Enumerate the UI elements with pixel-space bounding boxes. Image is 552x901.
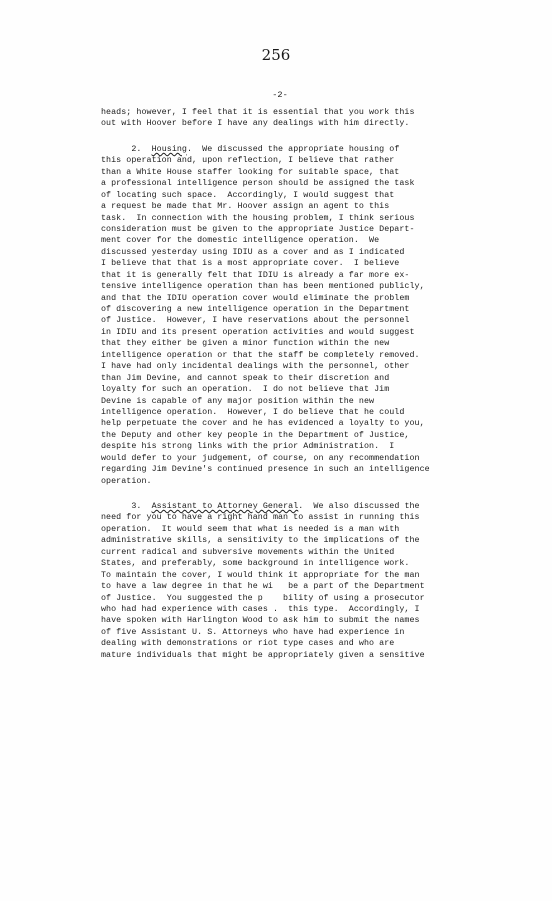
text-line: To maintain the cover, I would think it … [101,570,501,581]
text-line: this operation and, upon reflection, I b… [101,155,501,166]
document-page: 256 -2- heads; however, I feel that it i… [0,0,552,901]
text-line: intelligence operation. However, I do be… [101,407,501,418]
text-line: tensive intelligence operation than has … [101,281,501,292]
text-line: and that the IDIU operation cover would … [101,293,501,304]
text-line: have spoken with Harlington Wood to ask … [101,615,501,626]
text-line: operation. [101,476,501,487]
text-line: discussed yesterday using IDIU as a cove… [101,247,501,258]
section-assistant-first-line: 3. Assistant to Attorney General. We als… [101,501,501,512]
text-line: ment cover for the domestic intelligence… [101,235,501,246]
text-line: mature individuals that might be appropr… [101,650,501,661]
section-heading: Housing [152,144,187,154]
text-line: who had had experience with cases . this… [101,604,501,615]
text-line: that it is generally felt that IDIU is a… [101,270,501,281]
text-line: dealing with demonstrations or riot type… [101,638,501,649]
page-number: 256 [0,46,552,64]
text-line: Devine is capable of any major position … [101,396,501,407]
internal-page-number: -2- [0,90,552,100]
text-line: administrative skills, a sensitivity to … [101,535,501,546]
intro-paragraph: heads; however, I feel that it is essent… [101,107,501,130]
text-line: of discovering a new intelligence operat… [101,304,501,315]
section-housing: 2. Housing. We discussed the appropriate… [101,144,501,487]
text-line: the Deputy and other key people in the D… [101,430,501,441]
text-line: a request be made that Mr. Hoover assign… [101,201,501,212]
text-line: would defer to your judgement, of course… [101,453,501,464]
section-assistant: 3. Assistant to Attorney General. We als… [101,501,501,661]
text-line: than Jim Devine, and cannot speak to the… [101,373,501,384]
text-line: of Justice. You suggested the p bility o… [101,593,501,604]
text-line: States, and preferably, some background … [101,558,501,569]
text-line: I have had only incidental dealings with… [101,361,501,372]
memo-body: heads; however, I feel that it is essent… [101,107,501,661]
section-number: 2. [131,144,141,154]
section-number: 3. [131,501,141,511]
text-line: in IDIU and its present operation activi… [101,327,501,338]
text-line: that they either be given a minor functi… [101,338,501,349]
text-line: operation. It would seem that what is ne… [101,524,501,535]
text-line: regarding Jim Devine's continued presenc… [101,464,501,475]
text-line: consideration must be given to the appro… [101,224,501,235]
section-heading: Assistant to Attorney General [152,501,299,511]
text-line: a professional intelligence person shoul… [101,178,501,189]
text-line: than a White House staffer looking for s… [101,167,501,178]
text-line: task. In connection with the housing pro… [101,213,501,224]
section-text: . We discussed the appropriate housing o… [187,144,399,154]
text-line: I believe that that is a most appropriat… [101,258,501,269]
text-line: out with Hoover before I have any dealin… [101,118,501,129]
text-line: current radical and subversive movements… [101,547,501,558]
text-line: heads; however, I feel that it is essent… [101,107,501,118]
text-line: of five Assistant U. S. Attorneys who ha… [101,627,501,638]
text-line: of Justice. However, I have reservations… [101,315,501,326]
text-line: need for you to have a right hand man to… [101,512,501,523]
section-housing-first-line: 2. Housing. We discussed the appropriate… [101,144,501,155]
text-line: loyalty for such an operation. I do not … [101,384,501,395]
text-line: intelligence operation or that the staff… [101,350,501,361]
text-line: to have a law degree in that he wi be a … [101,581,501,592]
section-text: . We also discussed the [298,501,419,511]
text-line: of locating such space. Accordingly, I w… [101,190,501,201]
text-line: help perpetuate the cover and he has evi… [101,418,501,429]
text-line: despite his strong links with the prior … [101,441,501,452]
